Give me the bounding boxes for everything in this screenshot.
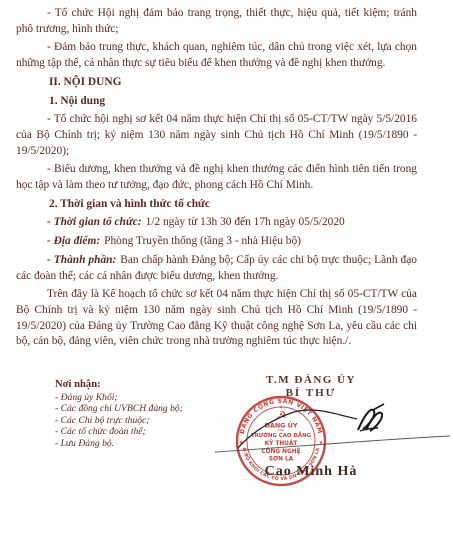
paragraph-participants: - Thành phần:Ban chấp hành Đảng bộ; Cấp … bbox=[16, 253, 417, 284]
recipient-item: - Đảng ủy Khối; bbox=[55, 392, 183, 403]
document-page: - Tổ chức Hội nghị đảm bảo trang trọng, … bbox=[0, 0, 453, 541]
paragraph-commend: - Biểu dương, khen thưởng và đề nghị khe… bbox=[16, 162, 417, 193]
heading-section-ii: II. NỘI DUNG bbox=[16, 75, 417, 91]
signature-flourish bbox=[373, 404, 384, 410]
recipients-block: Nơi nhận: - Đảng ủy Khối; - Các đồng chí… bbox=[55, 379, 183, 449]
signer-name: Cao Minh Hà bbox=[233, 464, 389, 480]
recipient-item: - Lưu Đảng bộ. bbox=[55, 438, 183, 449]
recipient-item: - Các tổ chức đoàn thể; bbox=[55, 426, 183, 437]
heading-time-format: 2. Thời gian và hình thức tổ chức bbox=[16, 197, 417, 213]
signature-ink bbox=[200, 398, 453, 468]
paragraph-place: - Địa điểm:Phòng Truyền thống (tầng 3 - … bbox=[16, 234, 417, 250]
participants-label: - Thành phần: bbox=[47, 254, 116, 266]
signature-on-behalf: T.M ĐẢNG ỦY bbox=[233, 374, 389, 386]
paragraph-organize: - Tổ chức Hội nghị đảm bảo trang trọng, … bbox=[16, 6, 417, 37]
time-value: 1/2 ngày từ 13h 30 đến 17h ngày 05/5/202… bbox=[146, 216, 345, 228]
document-body: - Tổ chức Hội nghị đảm bảo trang trọng, … bbox=[16, 6, 417, 353]
signature-stroke bbox=[215, 436, 450, 452]
paragraph-ensure: - Đảm bảo trung thực, khách quan, nghiêm… bbox=[16, 40, 417, 71]
time-label: - Thời gian tổ chức: bbox=[47, 216, 142, 228]
paragraph-closing: Trên đây là Kế hoạch tổ chức sơ kết 04 n… bbox=[16, 287, 417, 350]
recipient-item: - Các đồng chí UVBCH đảng bộ; bbox=[55, 403, 183, 414]
paragraph-conference: - Tổ chức hội nghị sơ kết 04 năm thực hi… bbox=[16, 112, 417, 159]
signature-stroke bbox=[238, 410, 357, 448]
place-value: Phòng Truyền thống (tầng 3 - nhà Hiệu bộ… bbox=[104, 235, 301, 247]
recipient-item: - Các Chi bộ trực thuộc; bbox=[55, 415, 183, 426]
paragraph-time: - Thời gian tổ chức:1/2 ngày từ 13h 30 đ… bbox=[16, 215, 417, 231]
heading-content: 1. Nội dung bbox=[16, 94, 417, 110]
place-label: - Địa điểm: bbox=[47, 235, 100, 247]
recipients-label: Nơi nhận: bbox=[55, 379, 183, 390]
